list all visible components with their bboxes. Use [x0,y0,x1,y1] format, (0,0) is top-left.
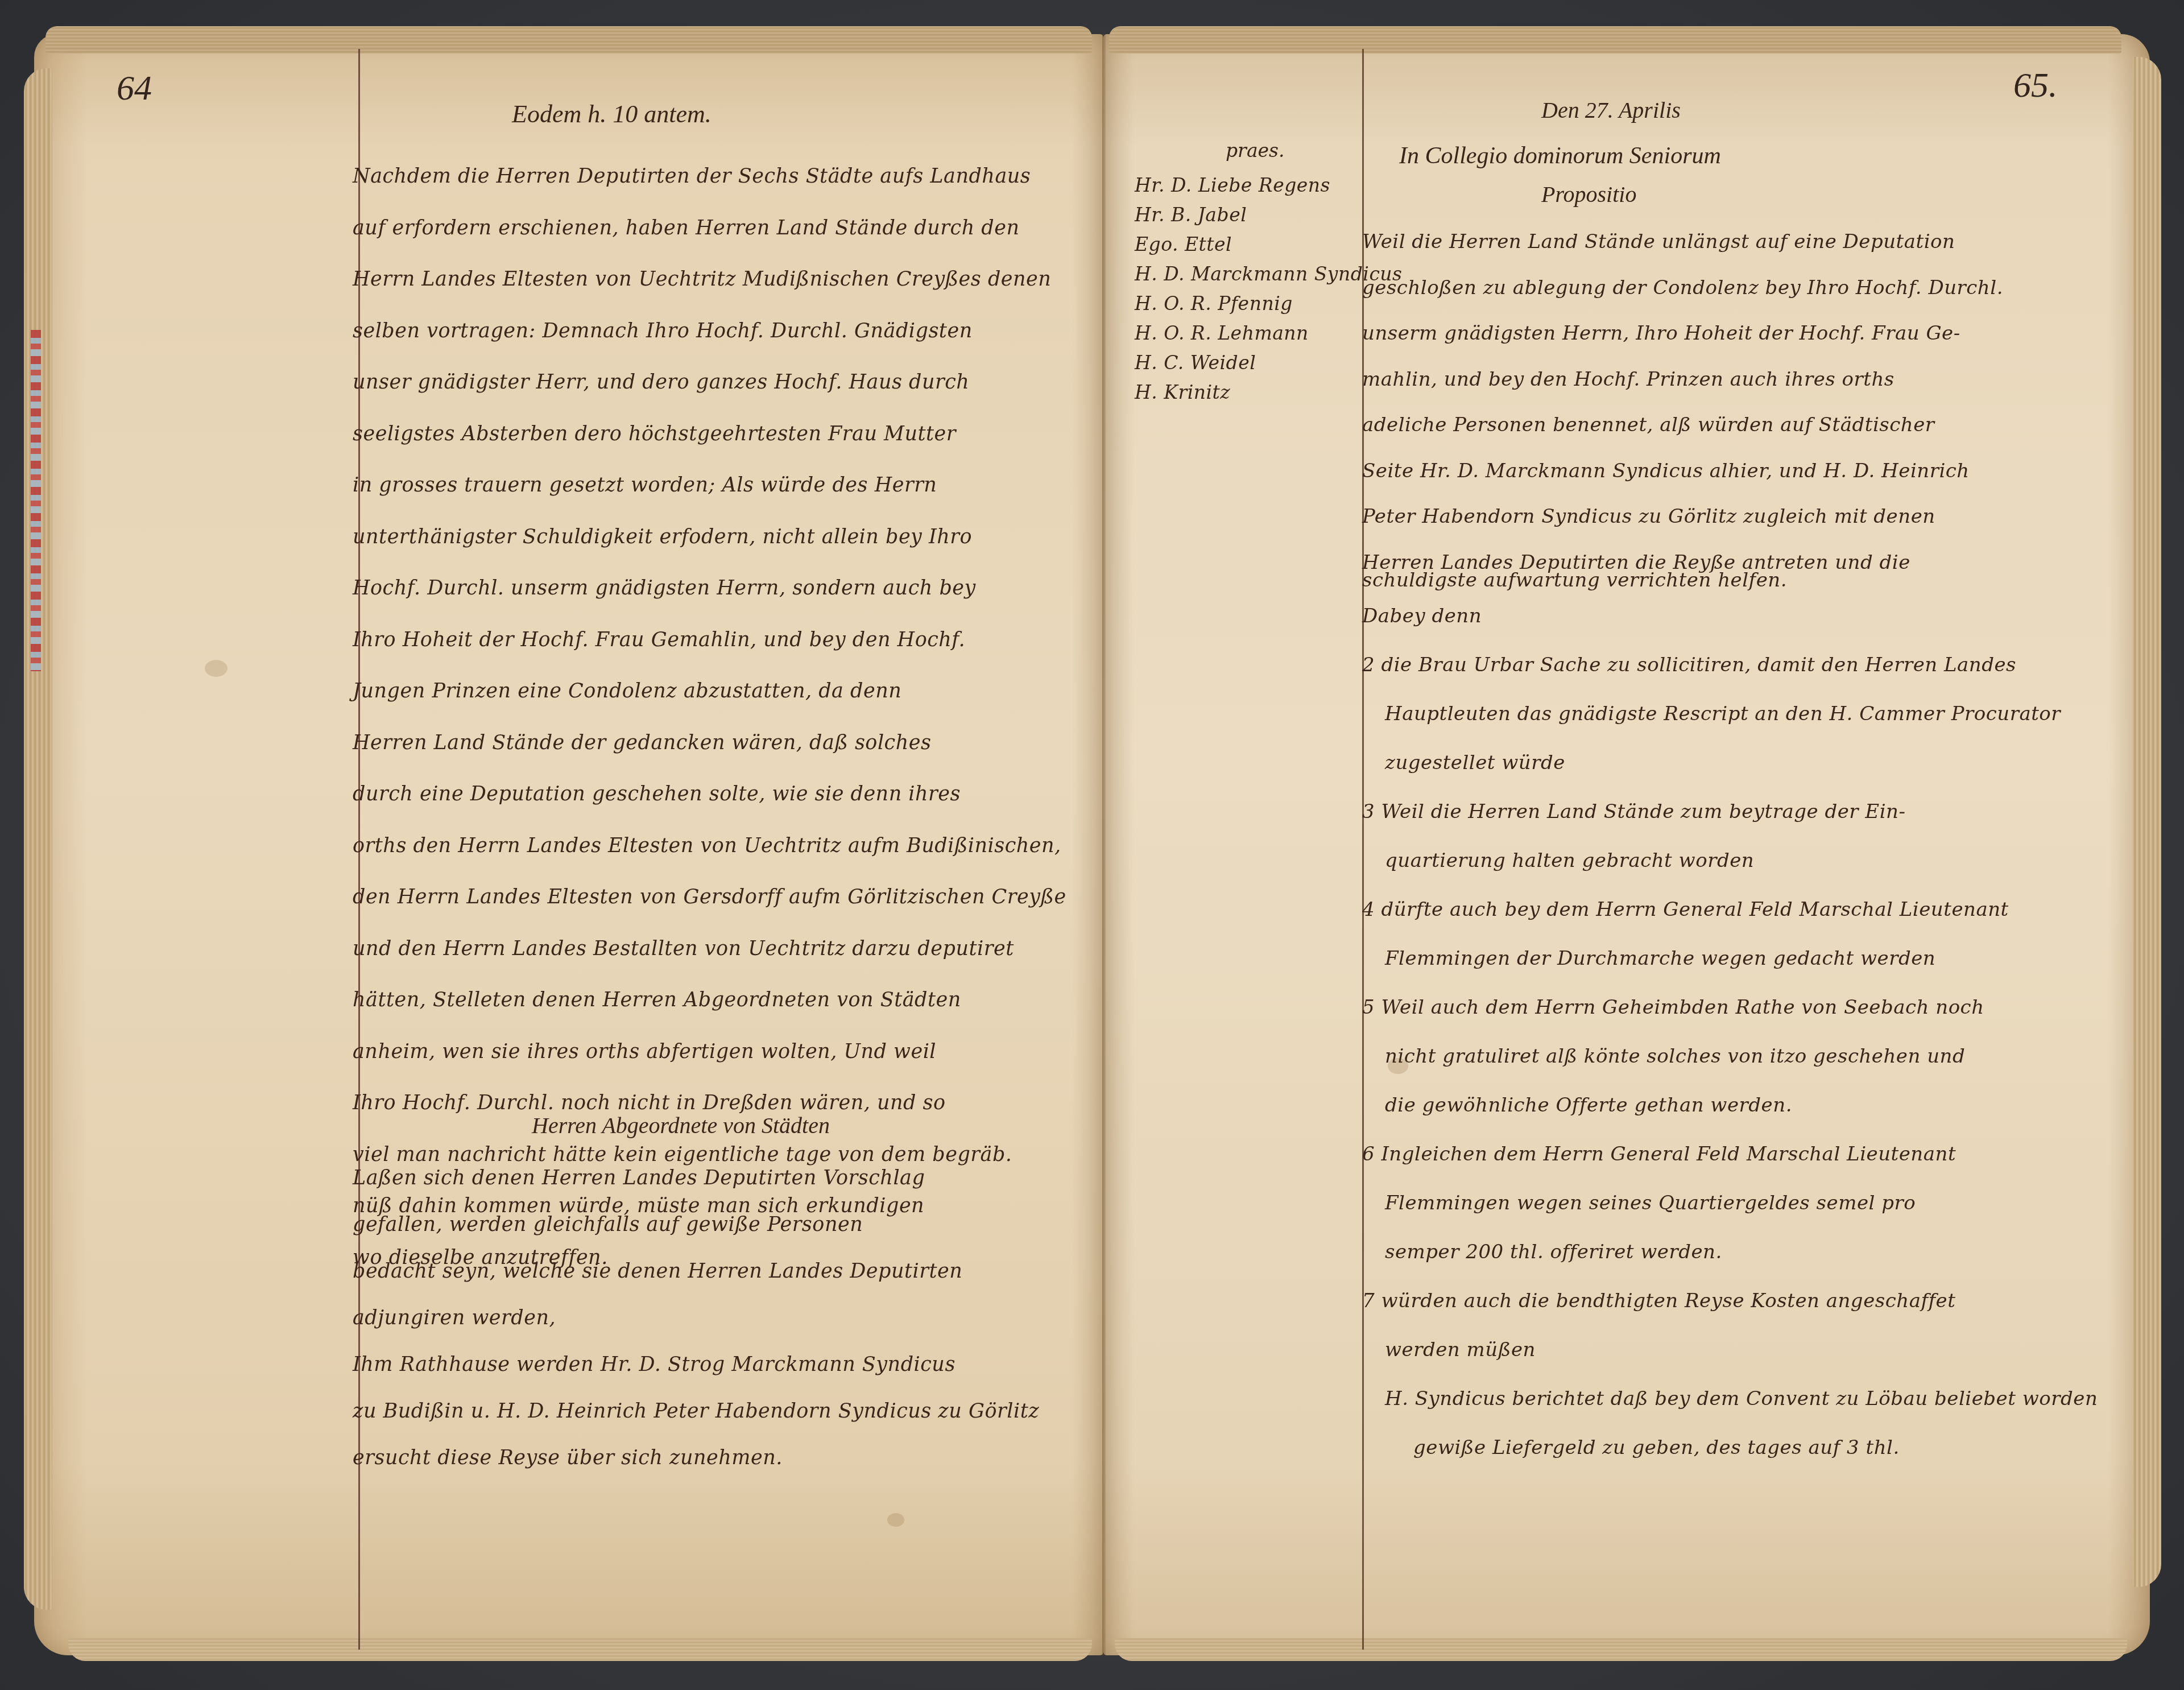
item-5-line: nicht gratuliret alß könte solches von i… [1362,1032,2102,1081]
right-fore-edge [2133,57,2161,1587]
attendance-label: praes. [1226,139,1285,162]
text-line: Laßen sich denen Herren Landes Deputirte… [353,1155,1058,1201]
item-2-line: zugestellet würde [1362,738,2102,787]
item-6-line: 6 Ingleichen dem Herrn General Feld Mars… [1362,1130,2102,1179]
text-line: Nachdem die Herren Deputirten der Sechs … [353,151,1058,203]
item-4-line: Flemmingen der Durchmarche wegen gedacht… [1362,934,2102,983]
text-line: geschloßen zu ablegung der Condolenz bey… [1362,265,2102,311]
text-line: Herrn Landes Eltesten von Uechtritz Mudi… [353,254,1058,305]
text-line: Ihro Hoheit der Hochf. Frau Gemahlin, un… [353,614,1058,666]
text-line: anheim, wen sie ihres orths abfertigen w… [353,1026,1058,1078]
text-line: zu Budißin u. H. D. Heinrich Peter Haben… [353,1388,1058,1435]
attendee-name: H. Krinitz [1135,378,1322,407]
item-5-line: die gewöhnliche Offerte gethan werden. [1362,1081,2102,1130]
right-bottom-edge [1115,1638,2127,1661]
text-line: Hochf. Durchl. unserm gnädigsten Herrn, … [353,563,1058,614]
text-line: durch eine Deputation geschehen solte, w… [353,768,1058,820]
text-line: mahlin, und bey den Hochf. Prinzen auch … [1362,357,2102,403]
folio-number-left: 64 [117,68,152,109]
foxing-spot [887,1513,904,1527]
item-7-line: werden müßen [1362,1325,2102,1374]
right-page-body: Weil die Herren Land Stände unlängst auf… [1362,219,2102,585]
item-6-line: semper 200 thl. offeriret werden. [1362,1228,2102,1276]
text-line: Ihm Rathhause werden Hr. D. Strog Marckm… [353,1341,1058,1388]
text-line: schuldigste aufwartung verrichten helfen… [1362,569,1787,592]
text-line: unser gnädigster Herr, und dero ganzes H… [353,357,1058,408]
text-line: Seite Hr. D. Marckmann Syndicus alhier, … [1362,448,2102,494]
text-line: in grosses trauern gesetzt worden; Als w… [353,460,1058,511]
attendee-name: Hr. B. Jabel [1135,200,1322,230]
attendee-name: Hr. D. Liebe Regens [1135,171,1322,200]
right-top-edge [1109,26,2121,53]
attendee-name: Ego. Ettel [1135,230,1322,259]
right-page-date-heading: Den 27. Aprilis [1541,97,1681,123]
text-line: unterthänigster Schuldigkeit erfodern, n… [353,511,1058,563]
item-5-line: 5 Weil auch dem Herrn Geheimbden Rathe v… [1362,983,2102,1032]
attendee-name: H. O. R. Pfennig [1135,289,1322,319]
left-top-edge [45,26,1092,53]
marbled-endpaper-strip [31,330,41,671]
text-line: adjungiren werden, [353,1295,1058,1341]
text-line: den Herrn Landes Eltesten von Gersdorff … [353,871,1058,923]
text-line: adeliche Personen benennet, alß würden a… [1362,402,2102,448]
left-page-heading: Eodem h. 10 antem. [512,100,712,129]
attendee-name: H. O. R. Lehmann [1135,319,1322,348]
left-bottom-edge [68,1638,1092,1661]
text-line: selben vortragen: Demnach Ihro Hochf. Du… [353,305,1058,357]
right-page-college-heading: In Collegio dominorum Seniorum [1399,142,1721,170]
book-gutter [1102,34,1106,1655]
item-3-line: quartierung halten gebracht worden [1362,836,2102,885]
right-page-items: Dabey denn 2 die Brau Urbar Sache zu sol… [1362,592,2102,1472]
item-4-line: 4 dürfte auch bey dem Herrn General Feld… [1362,885,2102,934]
attendee-name: H. C. Weidel [1135,348,1322,378]
text-line: auf erfordern erschienen, haben Herren L… [353,203,1058,254]
closing-line: H. Syndicus berichtet daß bey dem Conven… [1362,1374,2102,1423]
attendee-name: H. D. Marckmann Syndicus [1135,259,1322,289]
text-line: Jungen Prinzen eine Condolenz abzustatte… [353,666,1058,717]
text-line: ersucht diese Reyse über sich zunehmen. [353,1435,1058,1481]
item-3-line: 3 Weil die Herren Land Stände zum beytra… [1362,787,2102,836]
left-page-subheading: Herren Abgeordnete von Städten [532,1112,830,1139]
text-line: Weil die Herren Land Stände unlängst auf… [1362,219,2102,265]
text-line: unserm gnädigsten Herrn, Ihro Hoheit der… [1362,311,2102,357]
attendance-list: Hr. D. Liebe Regens Hr. B. Jabel Ego. Et… [1135,171,1322,407]
text-line: orths den Herrn Landes Eltesten von Uech… [353,820,1058,872]
item-6-line: Flemmingen wegen seines Quartiergeldes s… [1362,1179,2102,1228]
foxing-spot [205,660,227,677]
items-intro: Dabey denn [1362,592,2102,641]
text-line: Herren Land Stände der gedancken wären, … [353,717,1058,769]
text-line: und den Herrn Landes Bestallten von Uech… [353,923,1058,975]
text-line: hätten, Stelleten denen Herren Abgeordne… [353,974,1058,1026]
item-7-line: 7 würden auch die bendthigten Reyse Kost… [1362,1276,2102,1325]
left-page-body-2: Laßen sich denen Herren Landes Deputirte… [353,1155,1058,1481]
text-line: gefallen, werden gleichfalls auf gewiße … [353,1201,1058,1248]
folio-number-right: 65. [2013,65,2058,106]
text-line: Peter Habendorn Syndicus zu Görlitz zugl… [1362,494,2102,540]
right-page-proposal-heading: Propositio [1541,181,1636,208]
left-fore-edge [24,68,52,1610]
item-2-line: 2 die Brau Urbar Sache zu sollicitiren, … [1362,641,2102,689]
item-2-line: Hauptleuten das gnädigste Rescript an de… [1362,689,2102,738]
text-line: seeligstes Absterben dero höchstgeehrtes… [353,408,1058,460]
text-line: bedacht seyn, welche sie denen Herren La… [353,1248,1058,1295]
closing-line: gewiße Liefergeld zu geben, des tages au… [1362,1423,2102,1472]
